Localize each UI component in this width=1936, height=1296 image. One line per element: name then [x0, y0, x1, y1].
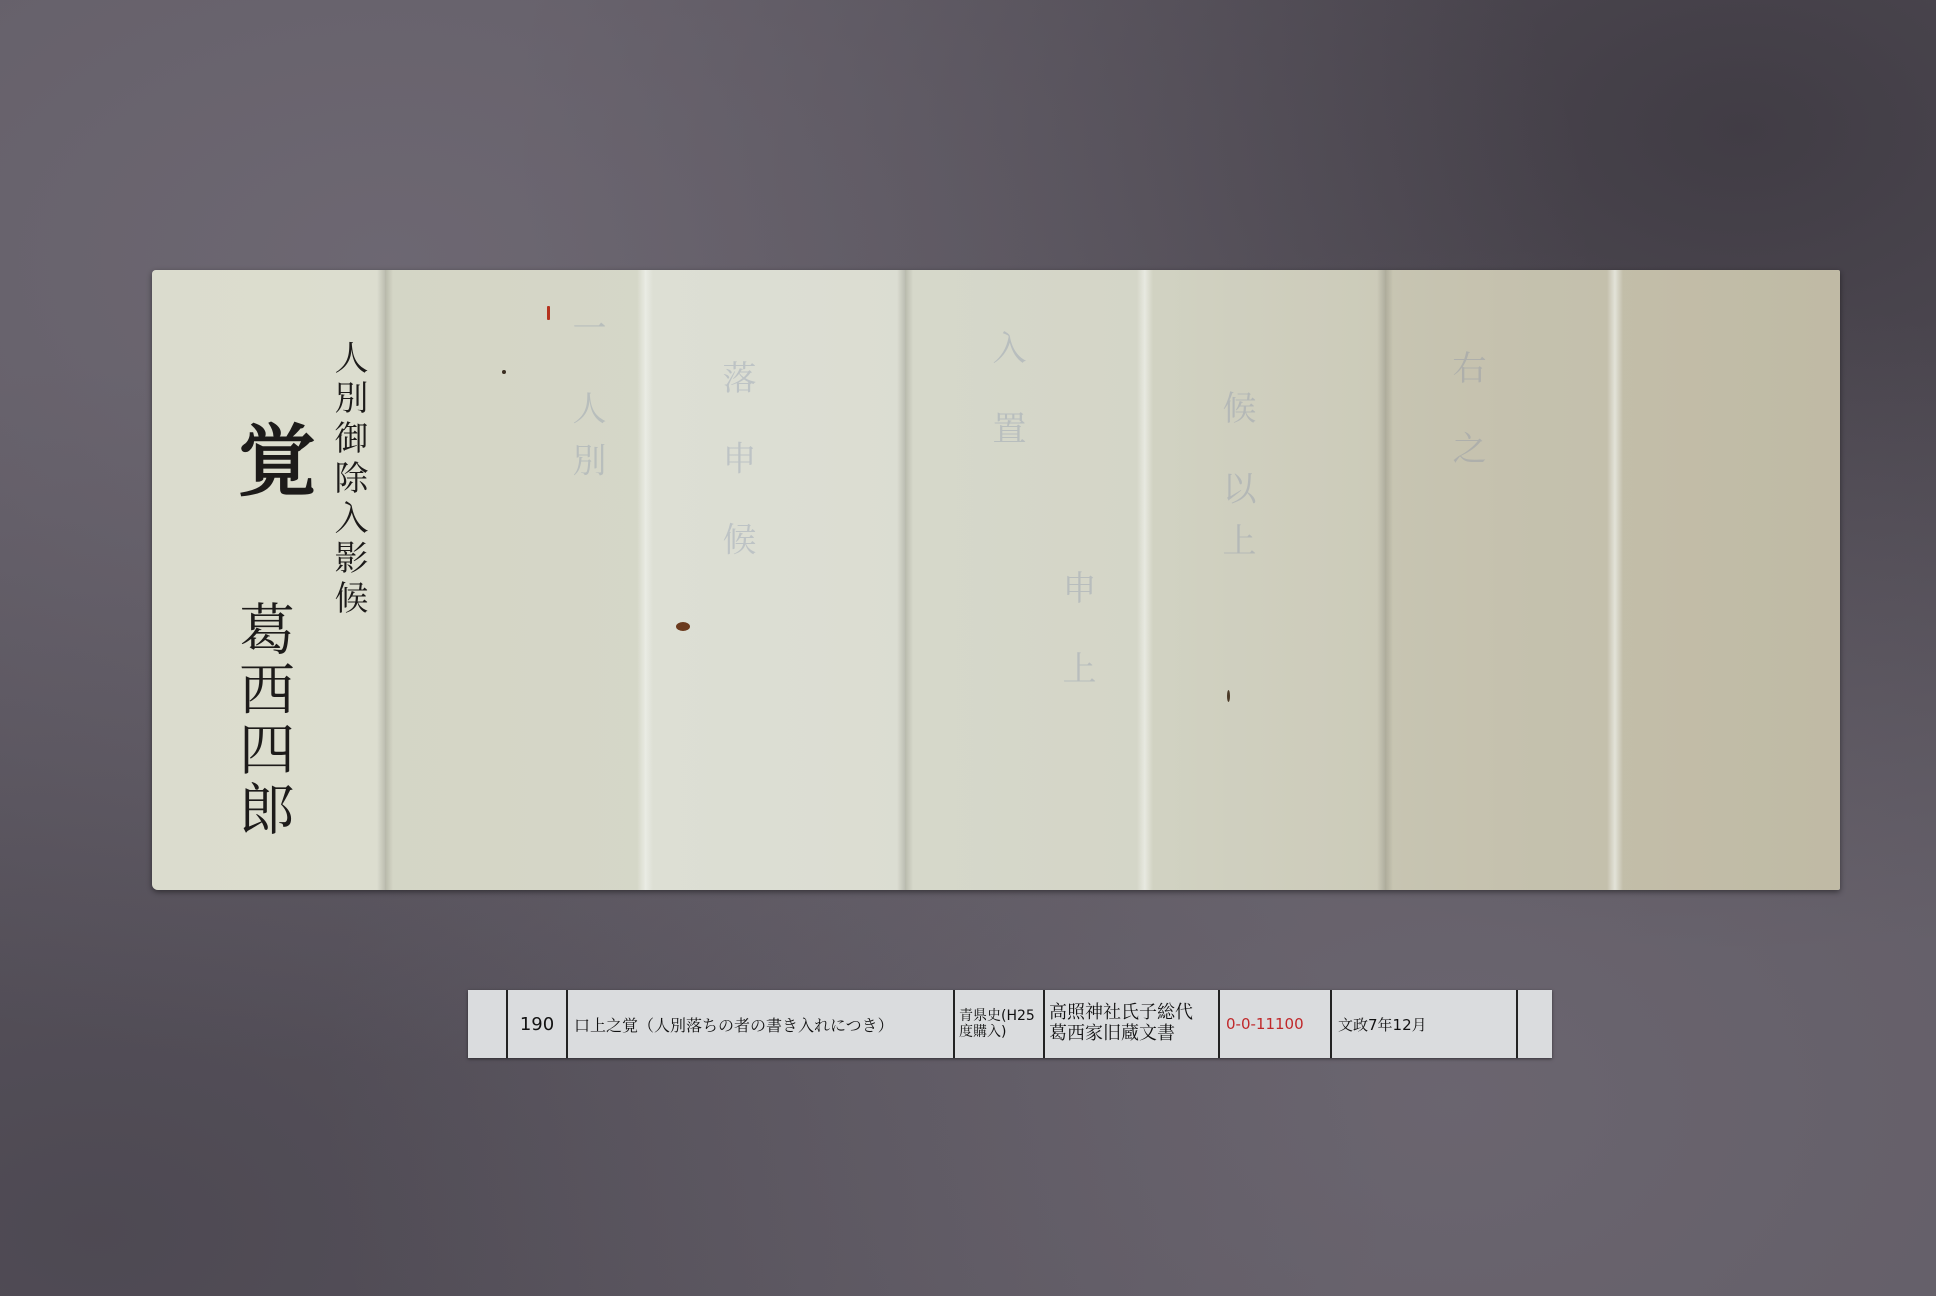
stain-spot [676, 622, 690, 631]
fold-line [637, 270, 653, 890]
stain-spot [1227, 690, 1230, 702]
label-source-line2: 度購入) [959, 1024, 1006, 1040]
label-title: 口上之覚（人別落ちの者の書き入れにつき） [568, 990, 955, 1058]
calligraphy-subtitle: 人別御除入影候 [324, 340, 373, 620]
label-code: 0-0-11100 [1220, 990, 1332, 1058]
fold-line [377, 270, 393, 890]
document-panel-5 [1145, 270, 1385, 890]
document-panel-6 [1385, 270, 1615, 890]
bleed-through-text: 入 置 [982, 330, 1031, 463]
catalog-label: 190 口上之覚（人別落ちの者の書き入れにつき） 青県史(H25 度購入) 高照… [468, 990, 1552, 1058]
label-date: 文政7年12月 [1332, 990, 1518, 1058]
label-blank-right [1518, 990, 1552, 1058]
calligraphy-signature: 葛西四郎 [222, 600, 302, 840]
label-collection: 高照神社氏子総代 葛西家旧蔵文書 [1045, 990, 1220, 1058]
bleed-through-text: 候 以上 [1212, 390, 1261, 575]
calligraphy-title: 覚 [214, 420, 326, 498]
bleed-through-text: 一 人別 [562, 310, 611, 495]
bleed-through-text: 落 申 候 [712, 360, 761, 574]
red-ink-mark [547, 306, 550, 320]
fold-line [1137, 270, 1153, 890]
document-panel-3 [645, 270, 905, 890]
label-collection-line2: 葛西家旧蔵文書 [1049, 1024, 1175, 1045]
label-number: 190 [508, 990, 568, 1058]
label-source-line1: 青県史(H25 [959, 1008, 1035, 1024]
document-panel-7 [1615, 270, 1840, 890]
label-source: 青県史(H25 度購入) [955, 990, 1045, 1058]
fold-line [1607, 270, 1623, 890]
fold-line [1377, 270, 1393, 890]
bleed-through-text: 申 上 [1052, 570, 1101, 703]
stain-spot [502, 370, 506, 374]
fold-line [897, 270, 913, 890]
label-collection-line1: 高照神社氏子総代 [1049, 1003, 1193, 1024]
label-blank-left [468, 990, 508, 1058]
bleed-through-text: 右 之 [1442, 350, 1491, 483]
historical-document: 一 人別 落 申 候 入 置 候 以上 右 之 申 上 人別御除入影候 覚 葛西… [152, 270, 1840, 890]
